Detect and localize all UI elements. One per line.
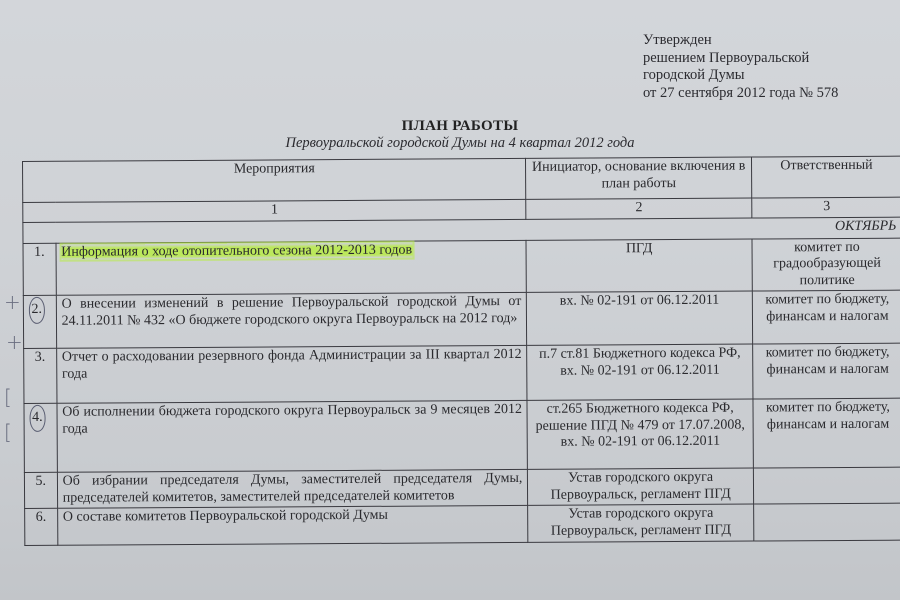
row-event: О составе комитетов Первоуральской город… <box>57 505 528 545</box>
pen-mark-bracket-icon: [ <box>4 420 12 444</box>
document-title: ПЛАН РАБОТЫ <box>250 118 670 135</box>
row-number-cell: 2. <box>23 295 56 348</box>
row-initiator: п.7 ст.81 Бюджетного кодекса РФ, вх. № 0… <box>527 344 753 400</box>
row-event: Об исполнении бюджета городского округа … <box>57 400 528 472</box>
row-responsible: комитет по бюджету, финансам и налогам <box>753 398 900 468</box>
row-number: 3. <box>24 348 57 403</box>
row-number: 6. <box>25 508 58 545</box>
row-initiator: Устав городского округа Первоуральск, ре… <box>528 468 754 505</box>
table-row: 4. Об исполнении бюджета городского окру… <box>24 398 900 472</box>
row-event: Об избрании председателя Думы, заместите… <box>57 469 528 508</box>
work-plan-table: Мероприятия Инициатор, основание включен… <box>22 156 900 546</box>
approval-stamp: Утвержден решением Первоуральской городс… <box>643 32 838 102</box>
row-initiator: вх. № 02-191 от 06.12.2011 <box>527 291 753 345</box>
row-event: Информация о ходе отопительного сезона 2… <box>56 240 527 295</box>
table-row: 2. О внесении изменений в решение Первоу… <box>23 290 900 348</box>
row-event: О внесении изменений в решение Первоурал… <box>56 292 527 348</box>
highlighted-text: Информация о ходе отопительного сезона 2… <box>61 242 412 259</box>
row-initiator: ПГД <box>526 239 752 293</box>
approval-line: городской Думы <box>643 67 838 85</box>
table-row: 3. Отчет о расходовании резервного фонда… <box>24 343 900 403</box>
row-number: 5. <box>24 472 57 508</box>
row-responsible <box>753 467 900 504</box>
header-responsible: Ответственный <box>751 156 900 198</box>
row-number-circled: 2. <box>28 297 45 324</box>
document-subtitle: Первоуральской городской Думы на 4 кварт… <box>210 135 710 152</box>
column-number: 3 <box>752 197 900 217</box>
pen-mark-plus-icon: + <box>6 330 23 354</box>
pen-mark-plus-icon: + <box>4 290 21 314</box>
table-row: 6. О составе комитетов Первоуральской го… <box>25 503 900 545</box>
table-header-row: Мероприятия Инициатор, основание включен… <box>23 156 900 202</box>
pen-mark-bracket-icon: [ <box>4 385 12 409</box>
row-responsible: комитет по бюджету, финансам и налогам <box>752 343 900 399</box>
approval-line: от 27 сентября 2012 года № 578 <box>643 85 838 103</box>
approval-line: Утвержден <box>643 32 838 50</box>
column-number: 2 <box>526 198 752 219</box>
approval-line: решением Первоуральской <box>643 50 838 68</box>
header-initiator: Инициатор, основание включения в план ра… <box>526 157 752 199</box>
header-events: Мероприятия <box>23 158 527 202</box>
row-event: Отчет о расходовании резервного фонда Ад… <box>56 345 527 403</box>
row-responsible <box>753 503 900 541</box>
row-number-cell: 4. <box>24 403 57 472</box>
table-row: 5. Об избрании председателя Думы, замест… <box>24 467 900 508</box>
row-initiator: ст.265 Бюджетного кодекса РФ, решение ПГ… <box>527 399 753 469</box>
row-responsible: комитет по градообразующей политике <box>752 238 900 291</box>
table-row: 1. Информация о ходе отопительного сезон… <box>23 238 900 296</box>
row-responsible: комитет по бюджету, финансам и налогам <box>752 290 900 344</box>
row-number-circled: 4. <box>29 405 46 432</box>
row-initiator: Устав городского округа Первоуральск, ре… <box>528 504 754 542</box>
row-number: 1. <box>23 243 56 296</box>
